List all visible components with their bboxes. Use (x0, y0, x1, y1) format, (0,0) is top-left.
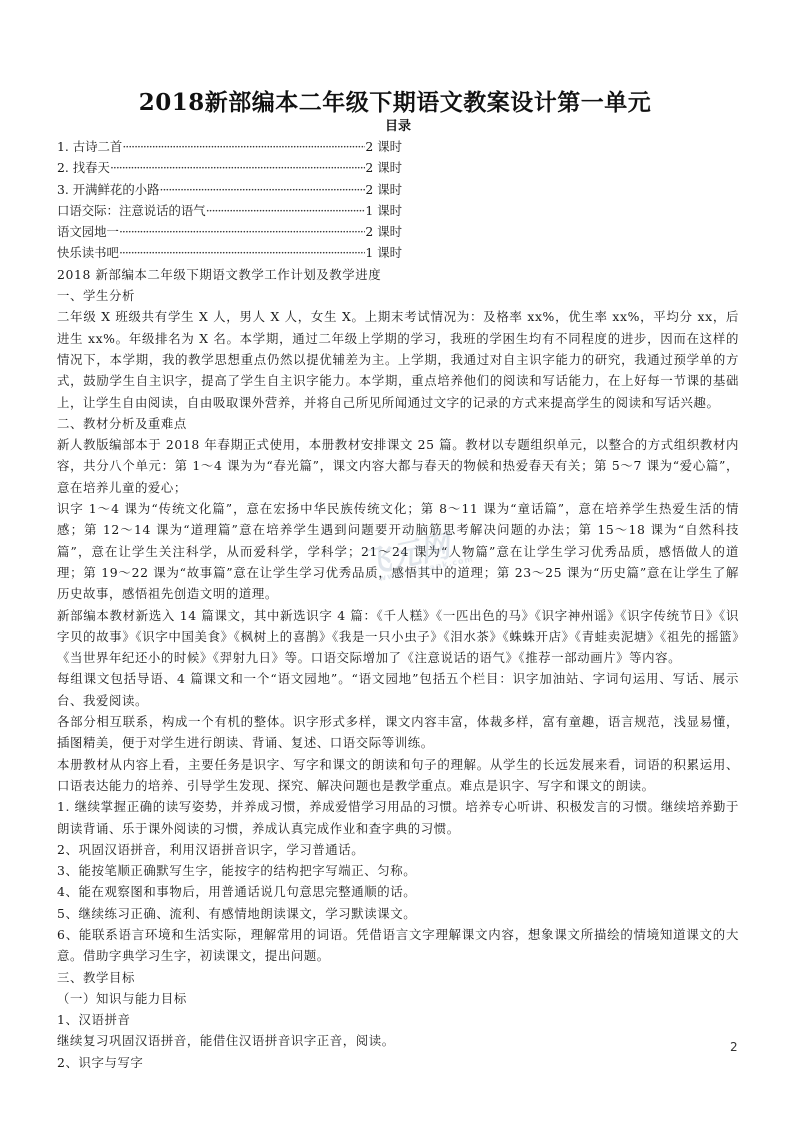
section-heading-textbook-analysis: 二、教材分析及重难点 (57, 413, 739, 434)
toc-leader-dots (110, 157, 365, 178)
toc-item-label: 1. 古诗二首 (57, 136, 122, 157)
toc-item: 快乐读书吧 1 课时 (57, 242, 402, 263)
toc-item-label: 2. 找春天 (57, 157, 110, 178)
paragraph-pinyin: 继续复习巩固汉语拼音，能借住汉语拼音识字正音，阅读。 (57, 1030, 739, 1051)
toc-item-hours: 2 课时 (365, 221, 402, 242)
toc-item-label: 3. 开满鲜花的小路 (57, 179, 160, 200)
paragraph-textbook-overview: 新人教版编部本于 2018 年春期正式使用，本册教材安排课文 25 篇。教材以专… (57, 434, 739, 498)
toc-item-hours: 2 课时 (365, 179, 402, 200)
subsection-heading-knowledge-ability: （一）知识与能力目标 (57, 988, 739, 1009)
list-item: 3、能按笔顺正确默写生字，能按字的结构把字写端正、匀称。 (57, 860, 739, 881)
toc-item-hours: 1 课时 (365, 242, 402, 263)
toc-item-label: 口语交际：注意说话的语气 (57, 200, 206, 221)
table-of-contents: 1. 古诗二首 2 课时 2. 找春天 2 课时 3. 开满鲜花的小路 2 课时… (57, 136, 739, 264)
list-item: 1. 继续掌握正确的读写姿势，并养成习惯，养成爱惜学习用品的习惯。培养专心听讲、… (57, 796, 739, 839)
toc-item: 2. 找春天 2 课时 (57, 157, 402, 178)
toc-item: 3. 开满鲜花的小路 2 课时 (57, 179, 402, 200)
paragraph-features: 各部分相互联系，构成一个有机的整体。识字形式多样，课文内容丰富，体裁多样，富有童… (57, 711, 739, 754)
toc-item-label: 语文园地一 (57, 221, 119, 242)
list-item: 4、能在观察图和事物后，用普通话说几句意思完整通顺的话。 (57, 881, 739, 902)
toc-item-hours: 2 课时 (365, 157, 402, 178)
paragraph-unit-structure: 每组课文包括导语、4 篇课文和一个“语文园地”。“语文园地”包括五个栏目：识字加… (57, 668, 739, 711)
toc-leader-dots (119, 221, 365, 242)
document-title: 2018新部编本二年级下期语文教案设计第一单元 (51, 88, 739, 118)
toc-item: 口语交际：注意说话的语气 1 课时 (57, 200, 402, 221)
item-heading-literacy-writing: 2、识字与写字 (57, 1052, 739, 1073)
list-item: 6、能联系语言环境和生活实际，理解常用的词语。凭借语言文字理解课文内容，想象课文… (57, 924, 739, 967)
toc-item: 1. 古诗二首 2 课时 (57, 136, 402, 157)
toc-item-hours: 1 课时 (365, 200, 402, 221)
item-heading-pinyin: 1、汉语拼音 (57, 1009, 739, 1030)
toc-heading: 目录 (57, 118, 739, 136)
paragraph-key-points: 本册教材从内容上看，主要任务是识字、写字和课文的朗读和句子的理解。从学生的长远发… (57, 754, 739, 797)
list-item: 2、巩固汉语拼音，利用汉语拼音识字，学习普通话。 (57, 839, 739, 860)
paragraph-unit-themes: 识字 1～4 课为“传统文化篇”，意在宏扬中华民族传统文化；第 8～11 课为“… (57, 498, 739, 604)
paragraph-student-analysis: 二年级 X 班级共有学生 X 人，男人 X 人，女生 X。上期末考试情况为：及格… (57, 306, 739, 412)
toc-leader-dots (122, 136, 365, 157)
list-item: 5、继续练习正确、流利、有感情地朗读课文，学习默读课文。 (57, 903, 739, 924)
toc-item-label: 快乐读书吧 (57, 242, 119, 263)
section-heading-teaching-goals: 三、教学目标 (57, 967, 739, 988)
document-page: 2018新部编本二年级下期语文教案设计第一单元 目录 1. 古诗二首 2 课时 … (57, 88, 739, 1073)
toc-leader-dots (160, 179, 366, 200)
page-number: 2 (730, 1040, 738, 1054)
plan-title: 2018 新部编本二年级下期语文教学工作计划及教学进度 (57, 264, 739, 285)
toc-leader-dots (206, 200, 366, 221)
toc-leader-dots (119, 242, 365, 263)
toc-item: 语文园地一 2 课时 (57, 221, 402, 242)
toc-item-hours: 2 课时 (365, 136, 402, 157)
section-heading-student-analysis: 一、学生分析 (57, 285, 739, 306)
paragraph-new-texts: 新部编本教材新选入 14 篇课文，其中新选识字 4 篇：《千人糕》《一匹出色的马… (57, 605, 739, 669)
